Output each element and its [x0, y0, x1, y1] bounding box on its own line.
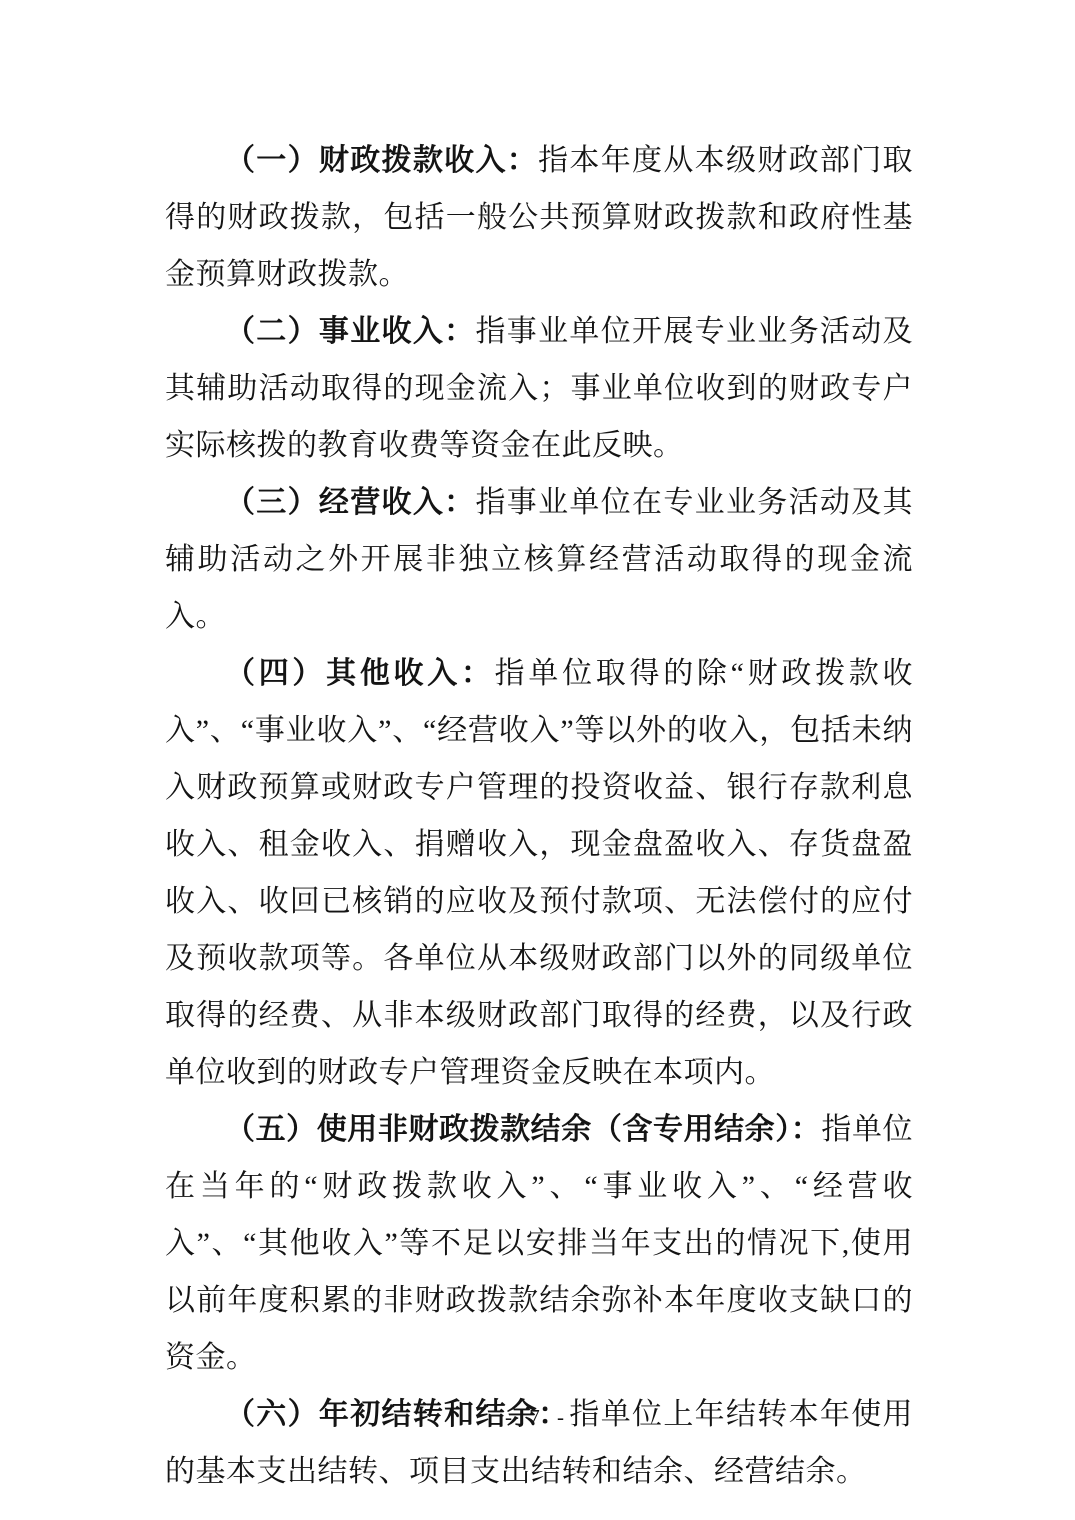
- paragraph-label: （一）财政拨款收入：: [225, 144, 538, 177]
- paragraph-other-income: （四）其他收入：指单位取得的除“财政拨款收入”、“事业收入”、“经营收入”等以外…: [165, 645, 913, 1101]
- paragraph-label: （二）事业收入：: [225, 315, 475, 348]
- document-body: （一）财政拨款收入：指本年度从本级财政部门取得的财政拨款，包括一般公共预算财政拨…: [165, 132, 913, 1500]
- paragraph-fiscal-appropriation-income: （一）财政拨款收入：指本年度从本级财政部门取得的财政拨款，包括一般公共预算财政拨…: [165, 132, 913, 303]
- paragraph-label: （五）使用非财政拨款结余（含专用结余）：: [225, 1113, 821, 1146]
- paragraph-business-income: （三）经营收入：指事业单位在专业业务活动及其辅助活动之外开展非独立核算经营活动取…: [165, 474, 913, 645]
- paragraph-text: 指单位取得的除“财政拨款收入”、“事业收入”、“经营收入”等以外的收入，包括未纳…: [165, 657, 913, 1089]
- paragraph-non-fiscal-surplus: （五）使用非财政拨款结余（含专用结余）：指单位在当年的“财政拨款收入”、“事业收…: [165, 1101, 913, 1386]
- document-page: （一）财政拨款收入：指本年度从本级财政部门取得的财政拨款，包括一般公共预算财政拨…: [0, 0, 1075, 1520]
- page-number: - 7 -: [0, 1402, 1075, 1432]
- paragraph-label: （三）经营收入：: [225, 486, 475, 519]
- paragraph-operational-income: （二）事业收入：指事业单位开展专业业务活动及其辅助活动取得的现金流入；事业单位收…: [165, 303, 913, 474]
- paragraph-text: 指单位在当年的“财政拨款收入”、“事业收入”、“经营收入”、“其他收入”等不足以…: [165, 1113, 913, 1374]
- paragraph-label: （四）其他收入：: [225, 657, 495, 690]
